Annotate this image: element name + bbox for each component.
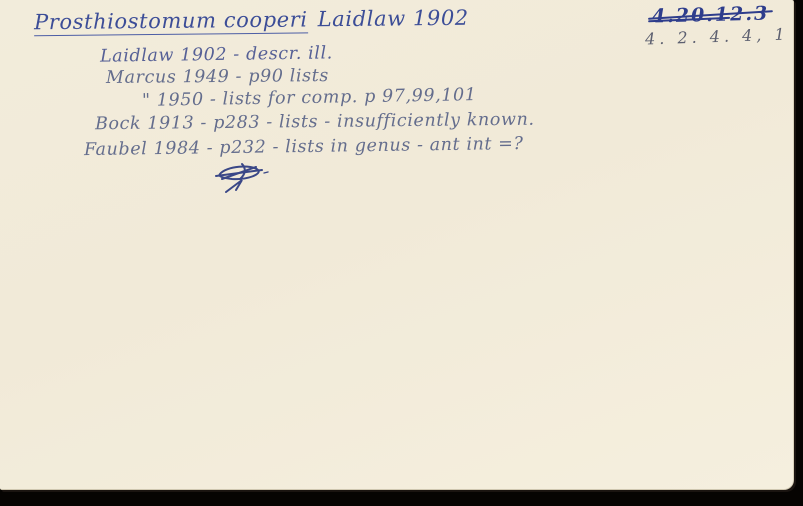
- scribbled-out-mark-icon: [212, 160, 270, 200]
- taxon-name: Prosthiostomum cooperi: [34, 7, 308, 36]
- reference-entry: Marcus 1949 - p90 lists: [106, 66, 329, 88]
- reference-entry: Laidlaw 1902 - descr. ill.: [100, 43, 333, 66]
- reference-entry: Bock 1913 - p283 - lists - insufficientl…: [95, 110, 535, 135]
- card-title: Prosthiostomum cooperiLaidlaw 1902: [34, 6, 469, 35]
- scan-backdrop: Prosthiostomum cooperiLaidlaw 1902 4.20.…: [0, 0, 803, 506]
- reference-entry: Faubel 1984 - p232 - lists in genus - an…: [84, 134, 524, 160]
- taxon-authority: Laidlaw 1902: [318, 6, 469, 32]
- index-card: Prosthiostomum cooperiLaidlaw 1902 4.20.…: [0, 0, 794, 490]
- reference-entry: " 1950 - lists for comp. p 97,99,101: [142, 85, 477, 111]
- old-catalog-number-struck-out: 4.20.12.3: [652, 2, 770, 27]
- new-catalog-number: 4. 2. 4. 4, 1: [645, 25, 789, 49]
